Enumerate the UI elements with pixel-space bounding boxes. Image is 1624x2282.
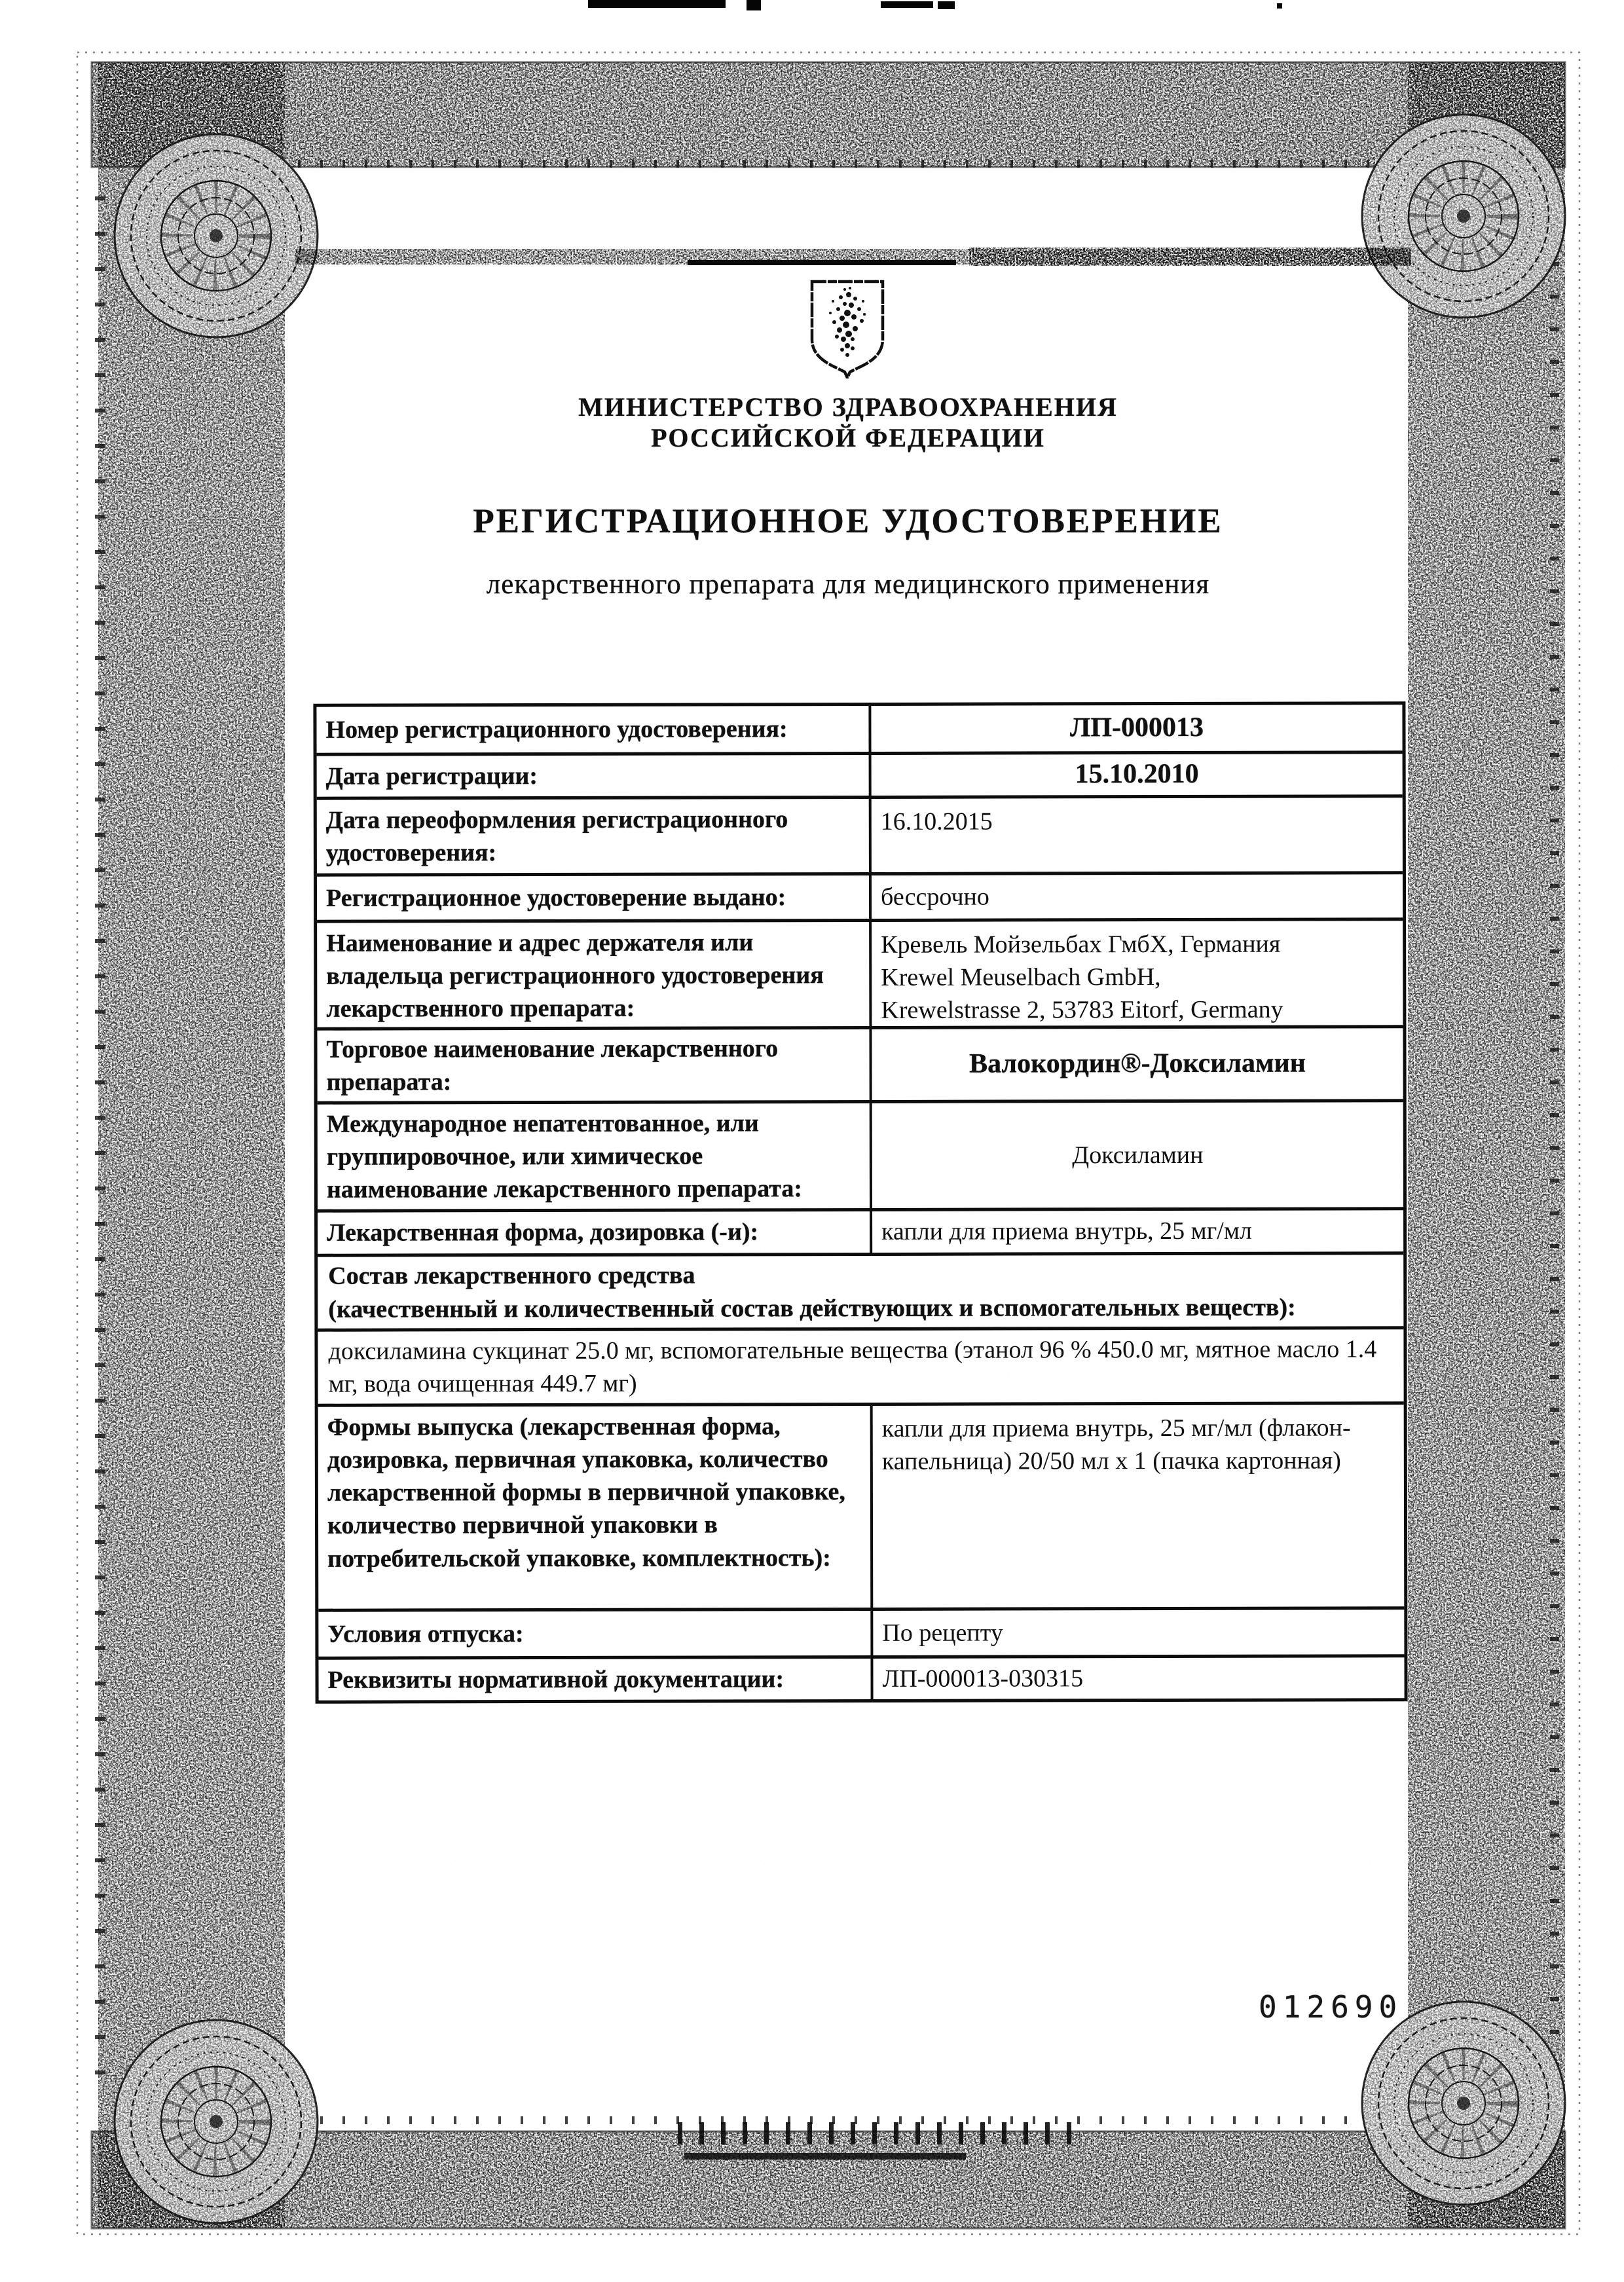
scanned-certificate-page: МИНИСТЕРСТВО ЗДРАВООХРАНЕНИЯ РОССИЙСКОЙ … (0, 0, 1624, 2282)
ministry-line1: МИНИСТЕРСТВО ЗДРАВООХРАНЕНИЯ (285, 392, 1411, 422)
eagle-silhouette-dots (829, 287, 866, 357)
row-label: Дата регистрации: (317, 755, 869, 797)
serial-number: 012690 (1259, 1989, 1403, 2025)
composition-header-line1: Состав лекарственного средства (328, 1258, 1393, 1293)
inn-value: Доксиламин (870, 1102, 1403, 1208)
composition-header: Состав лекарственного средства (качестве… (318, 1253, 1403, 1331)
row-label: Регистрационное удостоверение выдано: (317, 877, 869, 919)
ministry-line2: РОССИЙСКОЙ ФЕДЕРАЦИИ (285, 422, 1411, 453)
table-row: Дата регистрации: 15.10.2010 (317, 750, 1403, 796)
table-row: Реквизиты нормативной документации: ЛП-0… (318, 1654, 1404, 1700)
release-forms-value: капли для приема внутрь, 25 мг/мл (флако… (870, 1405, 1405, 1608)
validity-value: бессрочно (869, 874, 1403, 919)
table-row: доксиламина сукцинат 25.0 мг, вспомогате… (318, 1326, 1403, 1403)
table-row: Регистрационное удостоверение выдано: бе… (317, 871, 1403, 919)
composition-header-line2: (качественный и количественный состав де… (328, 1291, 1393, 1326)
table-row: Торговое наименование лекарственного пре… (317, 1025, 1403, 1101)
row-label: Условия отпуска: (318, 1613, 870, 1655)
table-row: Номер регистрационного удостоверения: ЛП… (316, 705, 1402, 752)
dispensing-conditions-value: По рецепту (870, 1610, 1404, 1655)
registration-certificate-title: РЕГИСТРАЦИОННОЕ УДОСТОВЕРЕНИЕ (285, 502, 1411, 541)
table-row: Состав лекарственного средства (качестве… (318, 1251, 1403, 1328)
row-label: Номер регистрационного удостоверения: (316, 709, 868, 750)
row-label: Реквизиты нормативной документации: (318, 1659, 870, 1701)
holder-name-address-value: Кревель Мойзельбах ГмбХ, Германия Krewel… (869, 921, 1403, 1026)
dosage-form-value: капли для приема внутрь, 25 мг/мл (870, 1210, 1403, 1253)
registration-number-value: ЛП-000013 (868, 705, 1402, 752)
normative-docs-value: ЛП-000013-030315 (870, 1657, 1404, 1699)
coat-of-arms-emblem (807, 279, 888, 378)
row-label: Лекарственная форма, дозировка (-и): (318, 1211, 870, 1253)
registration-table: Номер регистрационного удостоверения: ЛП… (313, 701, 1407, 1703)
reissue-date-value: 16.10.2015 (869, 798, 1403, 872)
table-row: Условия отпуска: По рецепту (318, 1606, 1404, 1656)
composition-details: доксиламина сукцинат 25.0 мг, вспомогате… (318, 1327, 1403, 1406)
table-row: Наименование и адрес держателя или владе… (317, 917, 1403, 1027)
certificate-subtitle: лекарственного препарата для медицинског… (285, 568, 1411, 601)
row-label: Торговое наименование лекарственного пре… (317, 1028, 869, 1103)
table-row: Формы выпуска (лекарственная форма, дози… (318, 1401, 1405, 1608)
table-row: Международное непатентованное, или групп… (318, 1099, 1403, 1209)
ministry-name: МИНИСТЕРСТВО ЗДРАВООХРАНЕНИЯ РОССИЙСКОЙ … (285, 392, 1411, 453)
trade-name-value: Валокордин®-Доксиламин (869, 1028, 1403, 1100)
row-label: Дата переоформления регистрационного удо… (317, 799, 869, 874)
row-label: Наименование и адрес держателя или владе… (317, 922, 869, 1029)
row-label: Формы выпуска (лекарственная форма, дози… (318, 1406, 871, 1579)
table-row: Дата переоформления регистрационного удо… (317, 794, 1403, 873)
registration-date-value: 15.10.2010 (869, 754, 1403, 796)
row-label: Международное непатентованное, или групп… (318, 1103, 870, 1210)
table-row: Лекарственная форма, дозировка (-и): кап… (318, 1207, 1403, 1253)
